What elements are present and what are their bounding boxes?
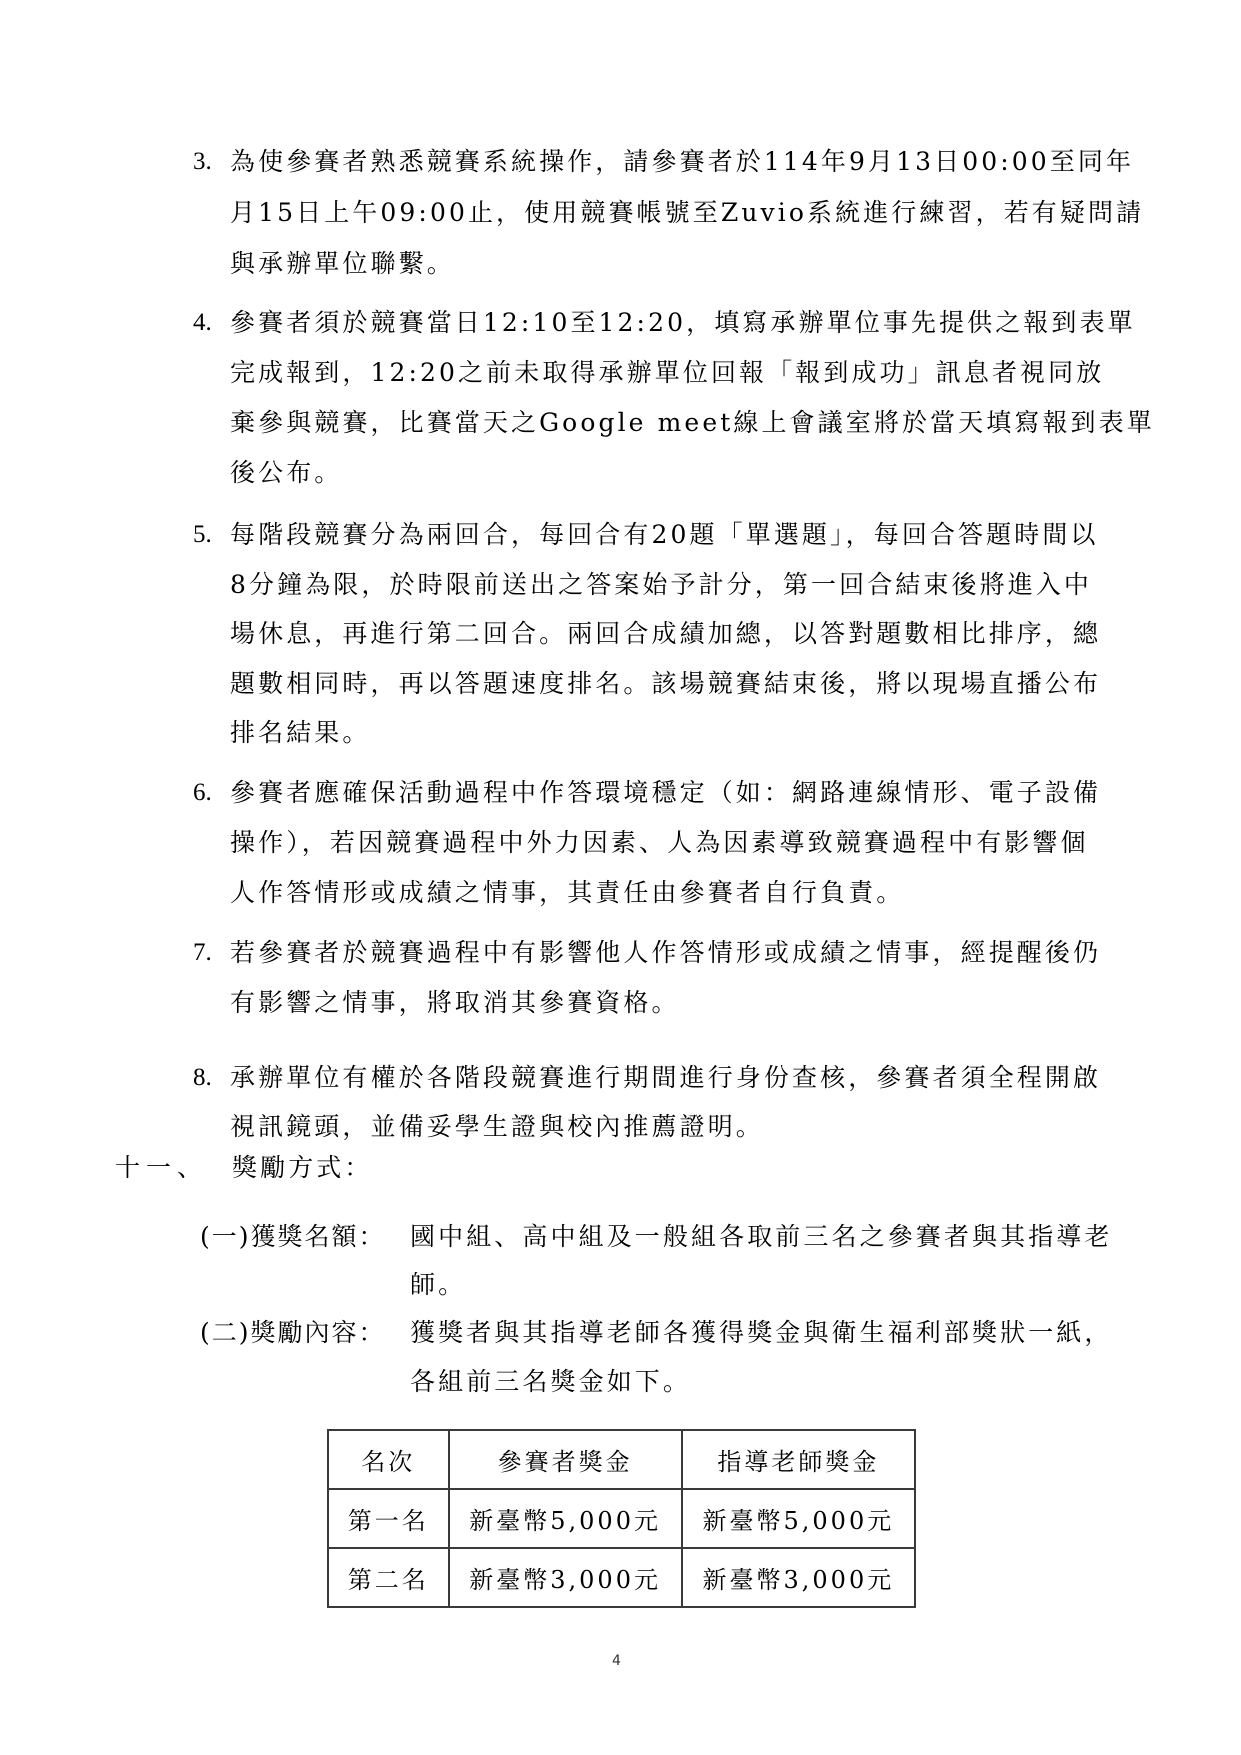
subitem-text-line: 師。: [410, 1270, 466, 1300]
cell-participant-prize: 新臺幣5,000元: [449, 1489, 682, 1548]
subitem-text-line: 國中組、高中組及一般組各取前三名之參賽者與其指導老: [410, 1222, 1113, 1252]
item-text-line: 承辦單位有權於各階段競賽進行期間進行身份查核，參賽者須全程開啟: [230, 1063, 1101, 1093]
item-text-line: 人作答情形或成績之情事，其責任由參賽者自行負責。: [230, 878, 904, 908]
subitem-text-line: 各組前三名獎金如下。: [410, 1367, 691, 1397]
item-text-line: 若參賽者於競賽過程中有影響他人作答情形或成績之情事，經提醒後仍: [230, 938, 1101, 968]
item-text-line: 參賽者應確保活動過程中作答環境穩定（如：網路連線情形、電子設備: [230, 778, 1101, 808]
item-text-line: 操作），若因競賽過程中外力因素、人為因素導致競賽過程中有影響個: [230, 828, 1089, 858]
header-rank: 名次: [328, 1430, 449, 1489]
header-teacher-prize: 指導老師獎金: [682, 1430, 915, 1489]
item-text-line: 後公布。: [230, 458, 342, 488]
item-number: 6.: [193, 778, 212, 808]
item-text-line: 每階段競賽分為兩回合，每回合有20題「單選題」，每回合答題時間以: [230, 520, 1099, 550]
cell-teacher-prize: 新臺幣3,000元: [682, 1548, 915, 1607]
item-text-line: 場休息，再進行第二回合。兩回合成績加總，以答對題數相比排序，總: [230, 619, 1101, 649]
item-number: 7.: [193, 938, 212, 968]
cell-rank: 第二名: [328, 1548, 449, 1607]
item-text-line: 有影響之情事，將取消其參賽資格。: [230, 988, 680, 1018]
item-text-line: 棄參與競賽，比賽當天之Google meet線上會議室將於當天填寫報到表單: [230, 408, 1155, 438]
item-text-line: 題數相同時，再以答題速度排名。該場競賽結束後，將以現場直播公布: [230, 669, 1101, 699]
table-header-row: 名次 參賽者獎金 指導老師獎金: [328, 1430, 915, 1489]
item-text-line: 月15日上午09:00止，使用競賽帳號至Zuvio系統進行練習，若有疑問請: [230, 198, 1144, 228]
item-number: 4.: [193, 308, 212, 338]
table-row: 第一名 新臺幣5,000元 新臺幣5,000元: [328, 1489, 915, 1548]
document-page: 3. 為使參賽者熟悉競賽系統操作，請參賽者於114年9月13日00:00至同年 …: [0, 0, 1241, 1755]
prize-table: 名次 參賽者獎金 指導老師獎金 第一名 新臺幣5,000元 新臺幣5,000元 …: [327, 1429, 916, 1608]
item-number: 5.: [193, 520, 212, 550]
item-number: 3.: [193, 147, 212, 177]
item-text-line: 視訊鏡頭，並備妥學生證與校內推薦證明。: [230, 1112, 764, 1142]
cell-rank: 第一名: [328, 1489, 449, 1548]
section-title: 獎勵方式：: [232, 1153, 373, 1183]
item-text-line: 8分鐘為限，於時限前送出之答案始予計分，第一回合結束後將進入中: [230, 570, 1092, 600]
item-text-line: 與承辦單位聯繫。: [230, 249, 455, 279]
header-participant-prize: 參賽者獎金: [449, 1430, 682, 1489]
item-text-line: 為使參賽者熟悉競賽系統操作，請參賽者於114年9月13日00:00至同年: [230, 147, 1134, 177]
cell-participant-prize: 新臺幣3,000元: [449, 1548, 682, 1607]
subitem-label: (一)獲獎名額：: [200, 1222, 386, 1252]
item-text-line: 完成報到，12:20之前未取得承辦單位回報「報到成功」訊息者視同放: [230, 358, 1104, 388]
item-number: 8.: [193, 1063, 212, 1093]
table-row: 第二名 新臺幣3,000元 新臺幣3,000元: [328, 1548, 915, 1607]
subitem-label: (二)獎勵內容：: [200, 1318, 386, 1348]
item-text-line: 參賽者須於競賽當日12:10至12:20，填寫承辦單位事先提供之報到表單: [230, 308, 1136, 338]
section-number: 十一、: [115, 1153, 208, 1183]
subitem-text-line: 獲獎者與其指導老師各獲得獎金與衛生福利部獎狀一紙，: [410, 1318, 1113, 1348]
page-number: 4: [612, 1653, 621, 1669]
cell-teacher-prize: 新臺幣5,000元: [682, 1489, 915, 1548]
item-text-line: 排名結果。: [230, 718, 371, 748]
